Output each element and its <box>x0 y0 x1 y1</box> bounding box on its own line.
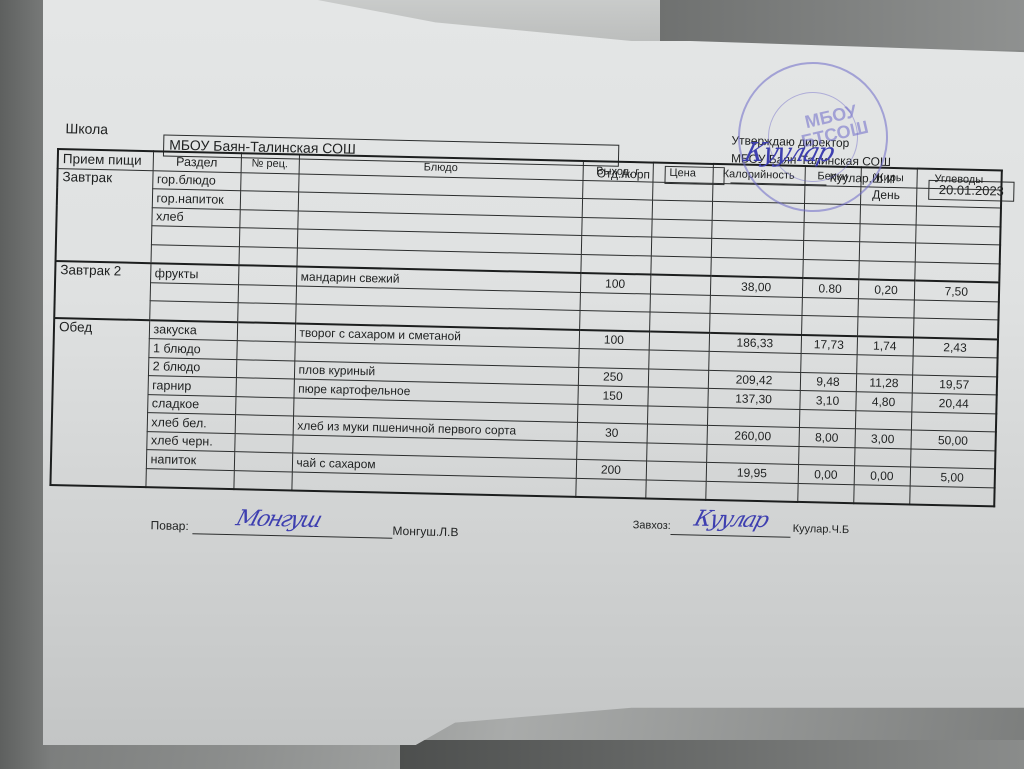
cell-section: 1 блюдо <box>148 339 236 359</box>
cell-recipe-no <box>238 284 296 304</box>
cell-proteins: 3,10 <box>799 390 855 410</box>
cell-carbs <box>913 318 998 339</box>
cell-section <box>151 244 239 265</box>
cell-price <box>645 479 705 499</box>
cell-output <box>582 198 652 218</box>
cell-carbs <box>914 262 999 283</box>
cell-recipe-no <box>236 341 294 361</box>
cell-section: сладкое <box>147 394 235 414</box>
cell-carbs: 50,00 <box>910 430 995 450</box>
cell-proteins <box>801 297 857 317</box>
cell-fats: 1,74 <box>857 336 913 356</box>
meal-name: Завтрак 2 <box>54 261 150 320</box>
cell-section: фрукты <box>150 263 238 284</box>
background-surface <box>0 0 50 769</box>
cell-output: 150 <box>577 385 647 405</box>
cell-price <box>648 350 708 370</box>
cell-price <box>646 461 706 481</box>
cell-fats <box>858 260 914 280</box>
cell-output: 250 <box>578 367 648 387</box>
cell-proteins <box>802 259 858 279</box>
cell-fats: 0,20 <box>858 279 914 299</box>
cell-recipe-no <box>239 228 297 248</box>
cell-output <box>581 235 651 255</box>
cell-recipe-no <box>239 209 297 229</box>
cell-carbs: 19,57 <box>912 374 997 394</box>
cell-price <box>647 424 707 444</box>
cell-price <box>647 387 707 407</box>
cell-section: напиток <box>146 450 234 470</box>
cell-carbs <box>915 225 1000 245</box>
cell-calories: 137,30 <box>707 388 799 409</box>
cell-output: 200 <box>576 459 646 479</box>
cell-carbs <box>912 356 997 376</box>
cell-carbs: 5,00 <box>910 467 995 487</box>
cell-calories: 19,95 <box>706 462 798 483</box>
cell-fats: 11,28 <box>856 373 912 393</box>
cell-proteins: 17,73 <box>801 334 857 354</box>
cell-carbs: 7,50 <box>914 281 999 302</box>
cell-output <box>577 404 647 424</box>
cell-price <box>650 275 710 295</box>
meal-name: Обед <box>50 318 149 488</box>
cell-calories <box>710 257 802 278</box>
cell-calories <box>705 481 797 502</box>
cell-section: хлеб черн. <box>146 431 234 451</box>
cell-calories: 186,33 <box>709 332 801 353</box>
cell-price <box>651 219 711 239</box>
cell-price <box>646 442 706 462</box>
cell-fats <box>853 484 909 504</box>
cell-calories <box>708 351 800 372</box>
cell-carbs <box>916 206 1001 226</box>
cell-section: хлеб бел. <box>147 413 235 433</box>
cell-calories <box>711 238 803 259</box>
cell-fats <box>857 298 913 318</box>
cell-fats <box>860 186 916 206</box>
header-meal: Прием пищи <box>58 149 153 170</box>
cell-section: 2 блюдо <box>148 357 236 377</box>
cell-section <box>145 468 233 489</box>
cell-fats <box>854 447 910 467</box>
cell-price <box>650 256 710 276</box>
cell-fats <box>859 242 915 262</box>
cell-proteins: 0,00 <box>798 464 854 484</box>
cell-recipe-no <box>235 396 293 416</box>
cell-fats: 0,00 <box>854 466 910 486</box>
cell-proteins: 8,00 <box>799 427 855 447</box>
cook-signature: Монгуш <box>233 506 323 533</box>
cell-proteins <box>803 240 859 260</box>
cell-carbs <box>911 411 996 431</box>
cell-output <box>579 310 649 331</box>
header-output: Выход, г <box>583 161 653 182</box>
storekeeper-label: Завхоз: <box>633 519 671 532</box>
cell-fats <box>857 317 913 337</box>
cell-price <box>651 237 711 257</box>
cell-calories <box>711 220 803 241</box>
cell-recipe-no <box>237 322 295 342</box>
cell-output <box>582 180 652 200</box>
cell-recipe-no <box>233 470 291 490</box>
cook-label: Повар: <box>150 518 189 533</box>
cell-recipe-no <box>240 191 298 211</box>
director-signature: Куулар <box>741 138 836 168</box>
storekeeper-name: Куулар.Ч.Б <box>793 523 850 536</box>
cell-calories <box>707 407 799 428</box>
cell-price <box>649 331 709 351</box>
cell-proteins <box>799 409 855 429</box>
cell-recipe-no <box>236 359 294 379</box>
cell-proteins: 0.80 <box>802 278 858 298</box>
cell-section <box>149 301 237 322</box>
cell-recipe-no <box>238 246 296 266</box>
header-carbs: Углеводы <box>916 169 1001 190</box>
header-price: Цена <box>652 163 712 183</box>
cell-fats <box>855 410 911 430</box>
cell-calories <box>710 295 802 316</box>
cell-fats <box>856 355 912 375</box>
cell-recipe-no <box>235 415 293 435</box>
cell-output <box>576 441 646 461</box>
school-label: Школа <box>65 120 108 137</box>
cell-price <box>652 200 712 220</box>
cell-carbs: 20,44 <box>911 393 996 413</box>
cell-carbs <box>916 188 1001 208</box>
cell-fats: 4,80 <box>855 392 911 412</box>
cell-output <box>580 292 650 312</box>
cell-proteins <box>803 222 859 242</box>
cell-recipe-no <box>240 172 298 192</box>
cell-recipe-no <box>234 452 292 472</box>
menu-table: Прием пищи Раздел № рец. Блюдо Выход, г … <box>49 148 1002 507</box>
cell-price <box>650 294 710 314</box>
cell-output <box>581 217 651 237</box>
meal-name: Завтрак <box>56 168 153 263</box>
cell-calories: 209,42 <box>708 370 800 391</box>
cell-section <box>151 226 239 246</box>
cell-calories: 260,00 <box>707 425 799 446</box>
cell-output: 100 <box>580 273 650 294</box>
cell-recipe-no <box>237 303 295 323</box>
cell-price <box>648 369 708 389</box>
cell-proteins <box>801 315 857 335</box>
cell-recipe-no <box>238 265 296 285</box>
cell-recipe-no <box>234 433 292 453</box>
storekeeper-signature: Куулар <box>691 507 770 533</box>
cell-fats <box>859 223 915 243</box>
cell-section: хлеб <box>151 207 239 227</box>
cell-carbs <box>915 243 1000 263</box>
cell-price <box>649 312 709 332</box>
cell-output <box>580 254 650 275</box>
cell-output: 30 <box>577 422 647 442</box>
cell-output: 100 <box>579 329 649 350</box>
cell-calories <box>706 444 798 465</box>
cell-section: гарнир <box>148 376 236 396</box>
cell-proteins: 9,48 <box>800 372 856 392</box>
cell-calories: 38,00 <box>710 276 802 297</box>
cell-section: гор.напиток <box>152 189 240 209</box>
cell-carbs <box>909 485 994 506</box>
cell-price <box>647 405 707 425</box>
cell-section: закуска <box>149 320 237 341</box>
cell-carbs <box>913 300 998 320</box>
header-section: Раздел <box>153 151 241 172</box>
cell-output <box>578 348 648 368</box>
cook-name: Монгуш.Л.В <box>392 524 458 539</box>
cell-section: гор.блюдо <box>152 170 240 190</box>
cell-fats <box>860 205 916 225</box>
cell-price <box>652 182 712 202</box>
cell-carbs <box>910 448 995 468</box>
cell-carbs: 2,43 <box>913 337 998 358</box>
cell-calories <box>709 313 801 334</box>
cell-fats: 3,00 <box>855 429 911 449</box>
header-recipe-no: № рец. <box>241 153 299 173</box>
background-surface <box>400 740 1024 769</box>
cell-proteins <box>798 446 854 466</box>
cell-section <box>150 282 238 302</box>
cell-recipe-no <box>236 378 294 398</box>
cell-output <box>575 478 645 499</box>
cell-proteins <box>797 483 853 503</box>
cell-proteins <box>800 353 856 373</box>
